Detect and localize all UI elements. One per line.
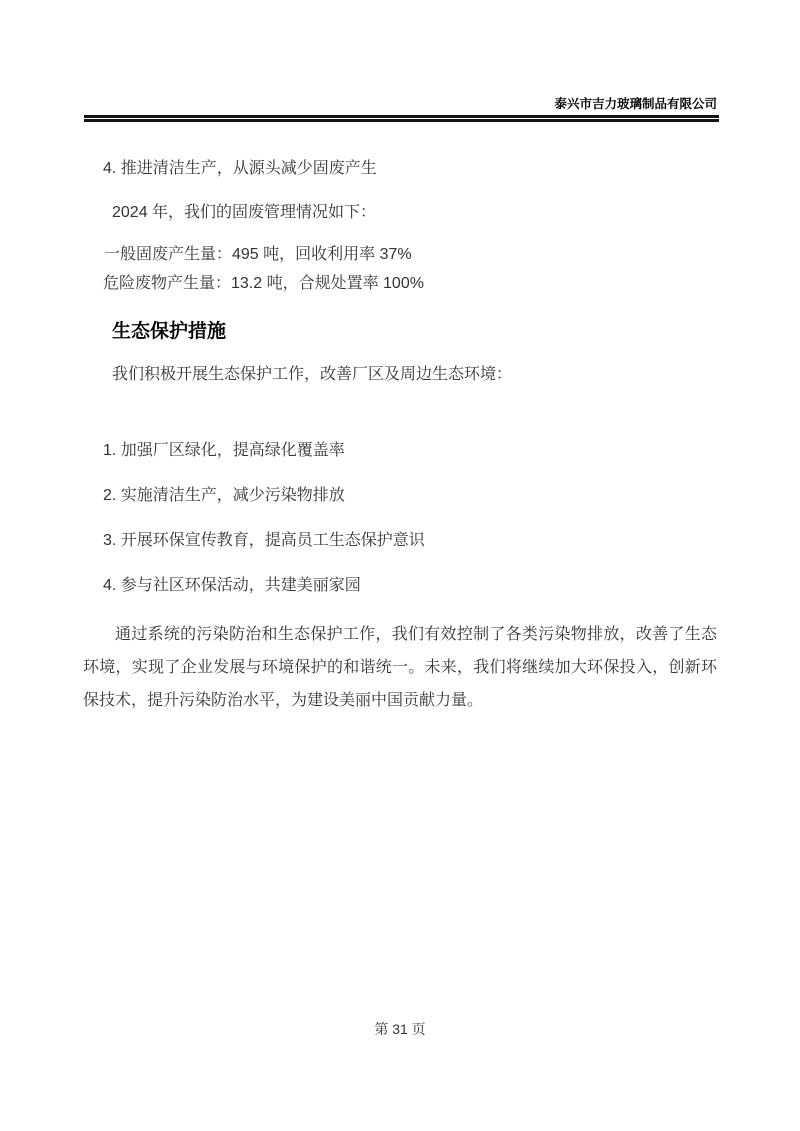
intro-2024-line: 2024 年，我们的固废管理情况如下： <box>112 202 376 224</box>
list-item-community: 4. 参与社区环保活动，共建美丽家园 <box>103 575 361 597</box>
section4-title: 4. 推进清洁生产，从源头减少固废产生 <box>103 158 377 180</box>
closing-paragraph: 通过系统的污染防治和生态保护工作，我们有效控制了各类污染物排放，改善了生态环境，… <box>83 618 717 717</box>
header-rule-bottom-line <box>84 119 719 122</box>
list-item-clean-production: 2. 实施清洁生产，减少污染物排放 <box>103 485 345 507</box>
stat-line-general-waste: 一般固废产生量：495 吨，回收利用率 37% <box>104 244 412 266</box>
eco-intro-line: 我们积极开展生态保护工作，改善厂区及周边生态环境： <box>112 364 512 386</box>
header-company-name: 泰兴市吉力玻璃制品有限公司 <box>554 95 717 113</box>
stat-line-hazardous-waste: 危险废物产生量：13.2 吨，合规处置率 100% <box>103 273 424 295</box>
list-item-education: 3. 开展环保宣传教育，提高员工生态保护意识 <box>103 530 425 552</box>
header-double-rule <box>84 115 719 122</box>
document-page: 泰兴市吉力玻璃制品有限公司 4. 推进清洁生产，从源头减少固废产生 2024 年… <box>0 0 800 1131</box>
page-number: 第 31 页 <box>0 1019 800 1039</box>
list-item-greening: 1. 加强厂区绿化，提高绿化覆盖率 <box>103 440 345 462</box>
header-rule-top-line <box>84 115 719 118</box>
eco-protection-heading: 生态保护措施 <box>112 319 226 344</box>
